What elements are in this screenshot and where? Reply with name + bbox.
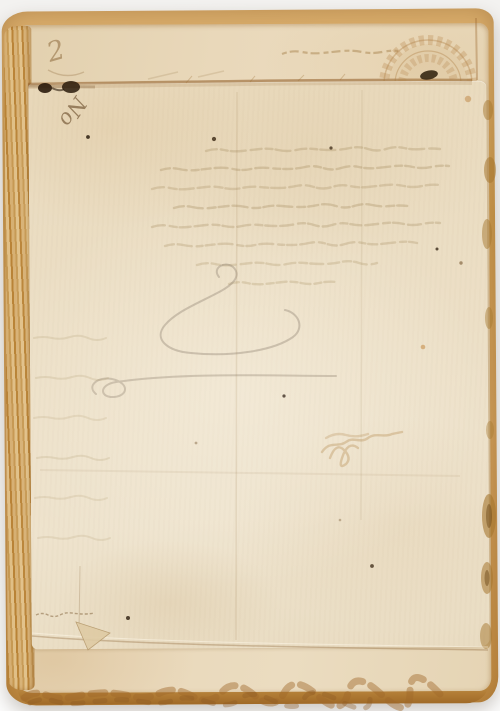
manuscript-photo: 2 No <box>0 0 500 711</box>
top-page <box>28 81 489 650</box>
